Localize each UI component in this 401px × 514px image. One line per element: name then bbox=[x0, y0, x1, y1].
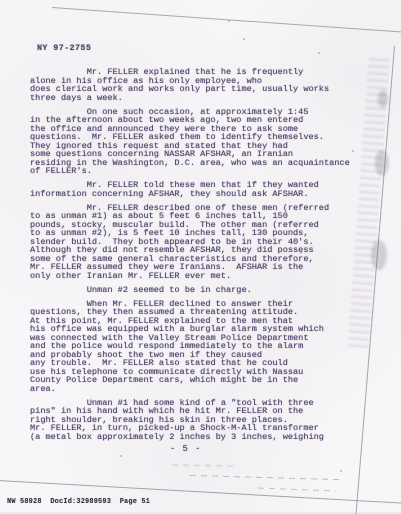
file-number: NY 97-2755 bbox=[37, 43, 91, 53]
scan-smudge-dashes bbox=[172, 464, 234, 466]
scanned-document-page: NY 97-2755 Mr. FELLER explained that he … bbox=[0, 0, 401, 512]
paragraph-feller-alone: Mr. FELLER explained that he is frequent… bbox=[30, 68, 370, 102]
scan-crease-dashes bbox=[258, 488, 336, 492]
paragraph-unman2-in-charge: Unman #2 seemed to be in charge. bbox=[30, 286, 370, 295]
paragraph-burglar-alarm: When Mr. FELLER declined to answer their… bbox=[30, 300, 370, 394]
scan-smudge-blob bbox=[371, 240, 387, 270]
scan-speck bbox=[228, 20, 230, 22]
scan-speck bbox=[340, 470, 342, 472]
scan-speck bbox=[318, 52, 320, 54]
document-body: Mr. FELLER explained that he is frequent… bbox=[30, 68, 370, 447]
paragraph-two-men-visit: On one such occasion, at approximately 1… bbox=[30, 108, 370, 176]
scan-smudge-blob bbox=[378, 90, 388, 108]
page-number: - 5 - bbox=[170, 444, 201, 454]
paragraph-tool-with-pins: Unman #1 had some kind of a "tool with t… bbox=[30, 399, 370, 442]
scan-speck bbox=[120, 455, 122, 457]
scan-crease-dashes bbox=[190, 475, 340, 480]
scan-smudge-blob bbox=[375, 150, 389, 176]
scan-speck bbox=[243, 38, 245, 40]
paragraph-descriptions: Mr. FELLER described one of these men (r… bbox=[30, 204, 370, 281]
scan-top-edge-line bbox=[52, 7, 401, 33]
paragraph-ask-afshar: Mr. FELLER told these men that if they w… bbox=[30, 181, 370, 198]
archive-footer-stamp: NW 58928 DocId:32989593 Page 51 bbox=[7, 498, 150, 506]
